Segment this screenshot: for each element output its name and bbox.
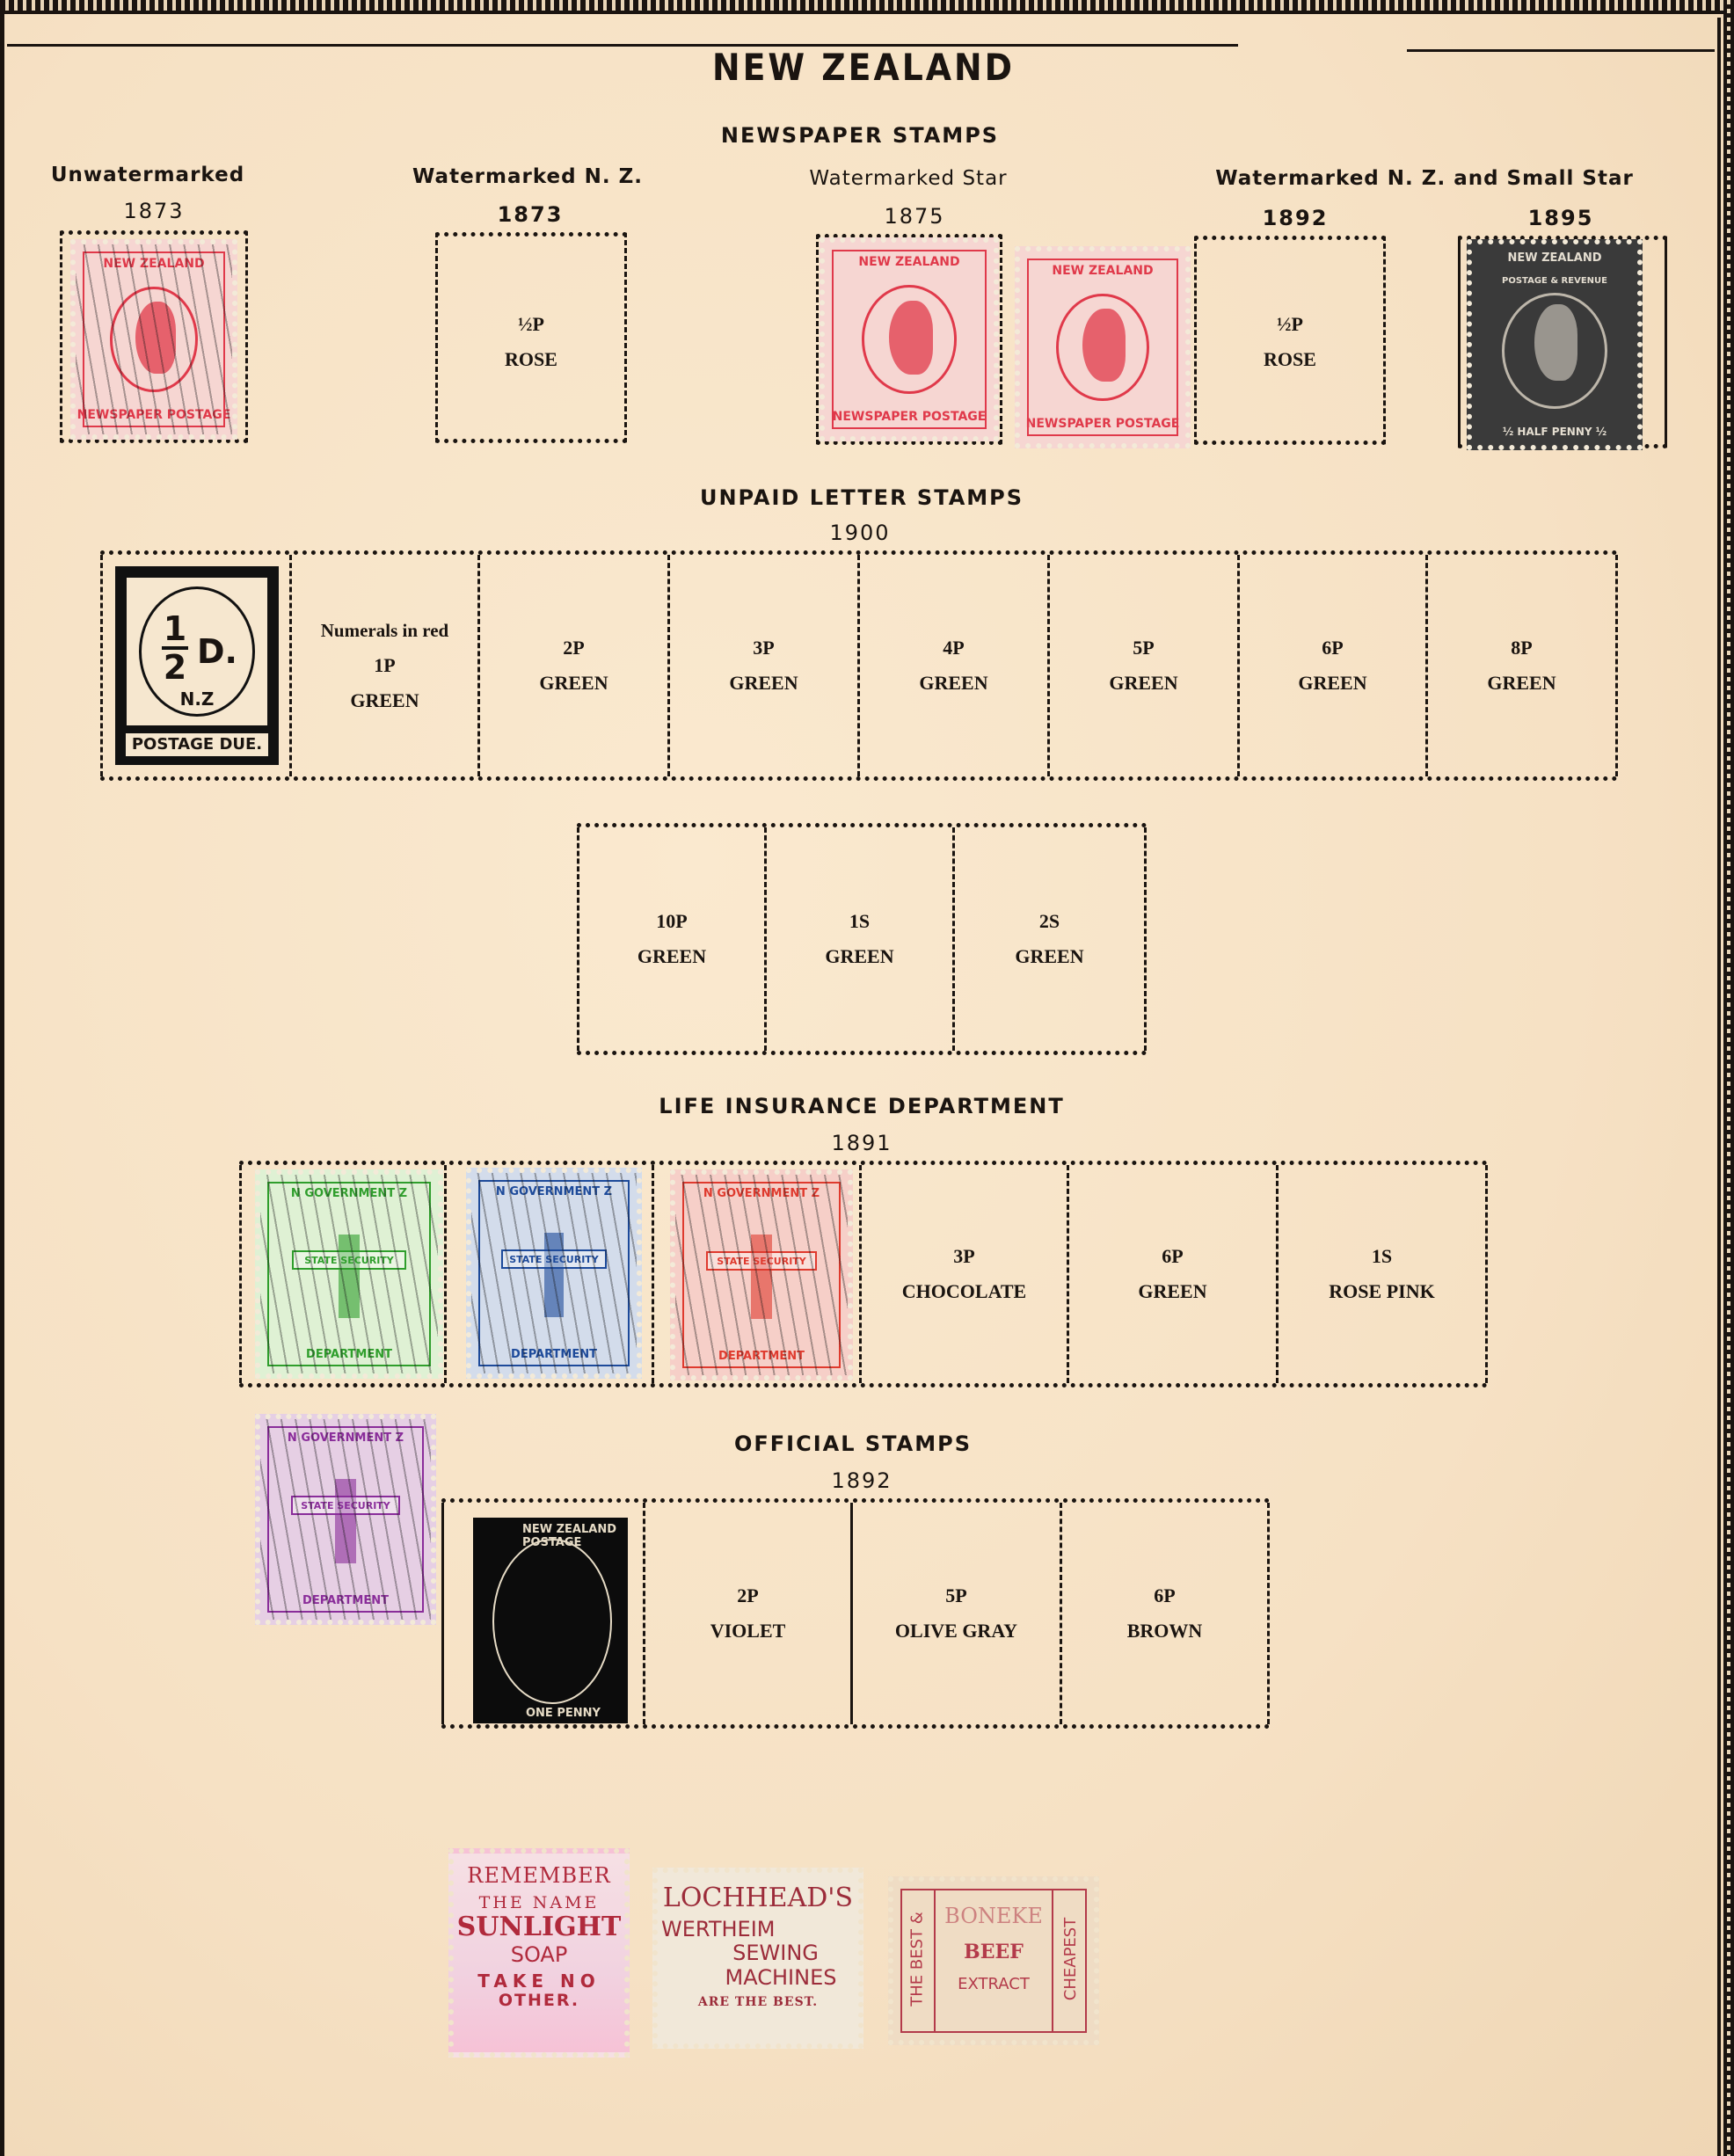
stamp-banner: STATE SECURITY [501,1249,607,1270]
page-title: NEW ZEALAND [712,46,1015,89]
slot-value: 6P [1322,630,1343,666]
stamp-newspaper-1873[interactable]: NEW ZEALAND NEWSPAPER POSTAGE [70,239,237,440]
column-header-wmk-nz-star: Watermarked N. Z. and Small Star [1215,167,1634,190]
section-year-unpaid: 1900 [829,521,890,545]
stamp-top-label: NEW ZEALAND POSTAGE [522,1523,628,1549]
slot-value: 4P [943,630,964,666]
left-border [0,0,4,2156]
ad-line: LOCHHEAD'S [658,1883,858,1914]
empty-slot-unpaid-4p[interactable]: 4P GREEN [860,555,1050,776]
queen-portrait-icon [135,302,176,374]
ad-line: ARE THE BEST. [658,1995,858,2009]
slot-value: 6P [1154,1578,1175,1613]
empty-slot-official-5p[interactable]: 5P OLIVE GRAY [853,1503,1062,1724]
stamp-bottom-label: DEPARTMENT [302,1594,389,1607]
empty-slot-wmk-nz[interactable]: ½P ROSE [435,232,627,443]
stamp-bottom-label: DEPARTMENT [511,1348,597,1361]
slot-color: GREEN [729,666,798,701]
stamp-top-label: N GOVERNMENT Z [703,1187,820,1200]
ad-line: SEWING [658,1941,858,1966]
stamp-banner: STATE SECURITY [706,1251,816,1271]
ad-line: THE NAME [454,1894,624,1913]
stamp-bottom-label: ½ HALF PENNY ½ [1503,426,1606,438]
queen-portrait-icon [1082,309,1126,382]
stamp-life-twopence[interactable]: N GOVERNMENT Z STATE SECURITY DEPARTMENT [670,1169,853,1380]
empty-slot-unpaid-2p[interactable]: 2P GREEN [480,555,670,776]
section-heading-life: LIFE INSURANCE DEPARTMENT [659,1094,1064,1118]
stamp-newspaper-1895[interactable]: NEW ZEALAND POSTAGE & REVENUE ½ HALF PEN… [1467,239,1643,450]
stamp-bottom-label: NEWSPAPER POSTAGE [77,408,231,422]
empty-slot-unpaid-8p[interactable]: 8P GREEN [1428,555,1618,776]
queen-portrait-icon [1534,304,1577,381]
stamp-inner-panel: 1 2 D. N.Z [124,575,270,728]
column-year-1895: 1895 [1528,206,1594,230]
fraction-top: 1 [164,609,186,648]
slot-color: GREEN [1109,666,1177,701]
ad-stamp-lochheads[interactable]: LOCHHEAD'S WERTHEIM SEWING MACHINES ARE … [652,1868,863,2049]
slot-value: 8P [1511,630,1532,666]
stamp-banner: STATE SECURITY [292,1250,405,1271]
slot-color: OLIVE GRAY [895,1613,1017,1649]
stamp-top-label: N GOVERNMENT Z [291,1187,407,1200]
stamp-bottom-label: ONE PENNY [526,1707,601,1720]
stamp-middle-label: POSTAGE & REVENUE [1502,276,1607,286]
unpaid-row-1: Numerals in red 1P GREEN 2P GREEN 3P GRE… [100,550,1618,781]
slot-value: 2S [1039,904,1060,939]
empty-slot-unpaid-1s[interactable]: 1S GREEN [767,827,955,1051]
ad-line: WERTHEIM [658,1918,858,1942]
column-header-wmk-star: Watermarked Star [809,167,1007,190]
country-label: N.Z [127,688,267,710]
empty-slot-unpaid-5p[interactable]: 5P GREEN [1050,555,1240,776]
empty-slot-unpaid-3p[interactable]: 3P GREEN [670,555,860,776]
slot-value: 5P [1133,630,1154,666]
stamp-top-label: N GOVERNMENT Z [496,1185,612,1198]
album-page: NEW ZEALAND NEWSPAPER STAMPS Unwatermark… [0,0,1734,2156]
slot-value: 1S [1372,1239,1392,1274]
slot-value: 2P [563,630,584,666]
empty-slot-life-6p[interactable]: 6P GREEN [1069,1165,1279,1383]
slot-value: 2P [737,1578,758,1613]
lighthouse-icon [751,1235,772,1319]
ad-line: BEEF [936,1941,1052,1963]
empty-slot-life-3p[interactable]: 3P CHOCOLATE [862,1165,1069,1383]
slot-color: GREEN [919,666,987,701]
stamp-banner: STATE SECURITY [291,1496,400,1516]
slot-color: VIOLET [710,1613,786,1649]
empty-slot-1892[interactable]: ½P ROSE [1194,236,1386,445]
inner-top-rule [7,44,1238,47]
stamp-top-label: NEW ZEALAND [1052,264,1153,278]
stamp-oval [492,1539,612,1704]
slot-color: ROSE [438,342,624,377]
ad-line: OTHER. [454,1992,624,2011]
stamp-newspaper-1875-b[interactable]: NEW ZEALAND NEWSPAPER POSTAGE [1015,246,1191,448]
ad-line: MACHINES [658,1966,858,1991]
slot-value: 3P [753,630,774,666]
slot-color: ROSE [1197,342,1383,377]
ad-line: SUNLIGHT [454,1912,624,1943]
section-heading-newspaper: NEWSPAPER STAMPS [721,123,999,148]
slot-color: CHOCOLATE [902,1274,1026,1309]
slot-color: GREEN [1015,939,1083,974]
stamp-bottom-label: DEPARTMENT [306,1348,392,1361]
empty-slot-official-2p[interactable]: 2P VIOLET [645,1503,853,1724]
stamp-bottom-label: NEWSPAPER POSTAGE [1026,417,1180,431]
slot-value: 1S [849,904,870,939]
section-year-life: 1891 [831,1131,892,1155]
stamp-top-label: N GOVERNMENT Z [288,1431,404,1445]
slot-color: GREEN [539,666,608,701]
lighthouse-icon [339,1235,360,1318]
slot-value: 6P [1162,1239,1183,1274]
empty-slot-unpaid-1p[interactable]: Numerals in red 1P GREEN [292,555,480,776]
slot-color: GREEN [825,939,893,974]
top-border-rule [0,11,1734,14]
stamp-bottom-label: DEPARTMENT [718,1350,805,1363]
ad-stamp-beef-extract[interactable]: THE BEST & CHEAPEST BONEKE BEEF EXTRACT [888,1876,1099,2045]
queen-portrait-icon [889,301,933,375]
stamp-life-one-penny[interactable]: N GOVERNMENT Z STATE SECURITY DEPARTMENT [466,1168,642,1379]
stamp-postage-due[interactable]: 1 2 D. N.Z POSTAGE DUE. [115,566,279,765]
stamp-life-violet[interactable]: N GOVERNMENT Z STATE SECURITY DEPARTMENT [255,1414,436,1625]
section-year-official: 1892 [831,1468,892,1493]
stamp-top-label: NEW ZEALAND [103,257,204,271]
column-header-wmk-nz: Watermarked N. Z. [412,165,643,188]
slot-value: 3P [953,1239,974,1274]
unpaid-row-2: 10P GREEN 1S GREEN 2S GREEN [577,823,1147,1055]
fraction-bottom: 2 [164,648,186,687]
empty-slot-official-6p[interactable]: 6P BROWN [1062,1503,1270,1724]
empty-slot-unpaid-10p[interactable]: 10P GREEN [577,827,767,1051]
column-year-wmk-star: 1875 [884,204,944,229]
postage-due-label: POSTAGE DUE. [124,732,270,758]
stamp-top-label: NEW ZEALAND [858,255,959,269]
stamp-top-label: NEW ZEALAND [1507,251,1601,265]
ad-line: TAKE NO [454,1971,624,1992]
slot-color: GREEN [350,683,419,718]
ad-side-left: THE BEST & [908,1912,927,2007]
column-year-1892: 1892 [1263,206,1329,230]
unit-label: D. [197,632,237,671]
ad-line: BONEKE [936,1905,1052,1929]
stamp-newspaper-1875-a[interactable]: NEW ZEALAND NEWSPAPER POSTAGE [820,237,999,441]
inner-top-rule-right [1407,49,1715,52]
stamp-bottom-label: NEWSPAPER POSTAGE [833,410,987,424]
slot-value: 1P [374,648,395,683]
stamp-life-half-penny[interactable]: N GOVERNMENT Z STATE SECURITY DEPARTMENT [255,1169,443,1379]
right-border-inner [1717,18,1721,2156]
section-heading-unpaid: UNPAID LETTER STAMPS [700,485,1024,510]
column-year-wmk-nz: 1873 [498,202,564,227]
slot-note: Numerals in red [321,613,448,648]
slot-value: 10P [656,904,687,939]
ad-line: REMEMBER [454,1864,624,1889]
fraction-label: 1 2 [162,613,188,683]
ad-line: SOAP [454,1943,624,1968]
slot-color: GREEN [637,939,706,974]
column-header-unwatermarked: Unwatermarked [51,164,244,186]
stamp-official-one-penny[interactable]: NEW ZEALAND POSTAGE ONE PENNY [473,1518,628,1723]
slot-value: ½P [1197,307,1383,342]
right-border-wave [1727,0,1730,2156]
slot-value: 5P [945,1578,966,1613]
empty-slot-unpaid-2s[interactable]: 2S GREEN [955,827,1147,1051]
ad-line: EXTRACT [936,1976,1052,1994]
empty-slot-life-1s[interactable]: 1S ROSE PINK [1279,1165,1488,1383]
section-heading-official: OFFICIAL STAMPS [734,1431,972,1456]
lighthouse-icon [544,1233,565,1317]
slot-color: GREEN [1138,1274,1206,1309]
slot-color: ROSE PINK [1329,1274,1434,1309]
empty-slot-unpaid-6p[interactable]: 6P GREEN [1240,555,1428,776]
slot-color: GREEN [1487,666,1555,701]
slot-color: BROWN [1127,1613,1203,1649]
slot-color: GREEN [1298,666,1366,701]
ad-stamp-sunlight-soap[interactable]: REMEMBER THE NAME SUNLIGHT SOAP TAKE NO … [448,1848,630,2058]
ad-side-right: CHEAPEST [1061,1918,1080,2000]
lighthouse-icon [335,1479,355,1563]
column-year-unwatermarked: 1873 [123,199,184,223]
slot-value: ½P [438,307,624,342]
